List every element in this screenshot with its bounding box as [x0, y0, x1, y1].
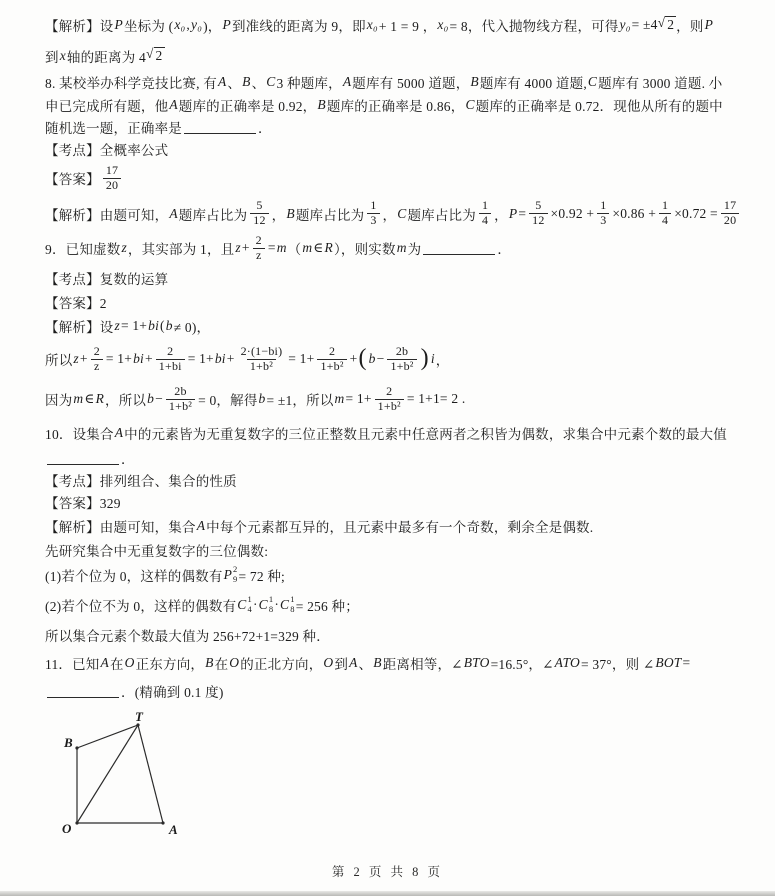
math-variable: C	[587, 74, 598, 90]
fraction: 512	[529, 199, 547, 228]
math-variable: B	[204, 655, 214, 671]
text-run: 题库有 4000 道题,	[480, 72, 587, 92]
q9-solution-line1: 【解析】设 z = 1+ bi(b ≠ 0)，	[45, 313, 751, 338]
text-run: = 1+	[121, 318, 147, 334]
fraction: 21+b²	[375, 385, 404, 414]
q9-answer: 【答案】2	[45, 290, 751, 313]
text-run: 中每个元素都互异的，且元素中最多有一个奇数，剩余全是偶数.	[206, 516, 593, 536]
math-variable: O	[228, 655, 240, 671]
math-variable: B	[241, 74, 251, 90]
text-run: = 37°，则 ∠	[581, 653, 654, 673]
text-run: 【考点】排列组合、集合的性质	[45, 470, 237, 490]
math-variable: x₀	[436, 17, 449, 33]
fraction: 2b1+b²	[387, 345, 416, 374]
text-run: ×0.86 +	[612, 206, 656, 222]
text-run: +	[80, 351, 88, 367]
text-run: 为	[408, 238, 422, 258]
math-variable: BTO	[463, 655, 491, 671]
math-variable: A	[348, 655, 358, 671]
text-run: = 1+	[346, 391, 372, 407]
q10-solution-line2: 先研究集合中无重复数字的三位偶数:	[45, 538, 751, 561]
text-run: ≠ 0)，	[174, 316, 211, 336]
text-run: 、	[359, 653, 373, 673]
q11-geometry-figure: T B O A	[57, 709, 267, 859]
q10-topic: 【考点】排列组合、集合的性质	[45, 469, 751, 490]
text-run: 随机选一题，正确率是	[45, 117, 182, 137]
text-run: 8. 某校举办科学竞技比赛, 有	[45, 72, 217, 92]
math-variable: R	[324, 240, 334, 256]
page-number-footer: 第 2 页 共 8 页	[0, 862, 775, 880]
math-variable: C	[464, 97, 475, 113]
math-variable: m	[276, 240, 288, 256]
q10-solution-line3: (1)若个位为 0，这样的偶数有 P29 = 72 种;	[45, 561, 751, 589]
math-variable: z	[234, 240, 241, 256]
math-variable: A	[168, 97, 178, 113]
text-run: 【答案】	[45, 168, 100, 188]
text-run: 题库占比为	[179, 204, 248, 224]
q9-statement: 9．已知虚数 z，其实部为 1，且 z+2z= m （m∈R），则实数 m 为．	[45, 231, 751, 265]
text-run: +	[242, 240, 250, 256]
text-run: +	[227, 351, 235, 367]
text-run: ，所以	[105, 389, 146, 409]
math-variable: x₀	[173, 17, 186, 33]
math-variable: C	[236, 597, 247, 613]
q11-statement-line1: 11．已知 A 在 O 正东方向，B 在 O 的正北方向，O 到 A、B 距离相…	[45, 649, 751, 677]
math-variable: bi	[132, 351, 145, 367]
text-run: ，	[436, 349, 450, 369]
text-run: + 1 = 9 ，	[379, 15, 437, 35]
text-run: 正东方向，	[136, 653, 205, 673]
text-run: 到准线的距离为 9，即	[232, 15, 366, 35]
q8-statement-line3: 随机选一题，正确率是．	[45, 116, 751, 137]
text-run: ∈	[84, 391, 94, 407]
text-run: 、	[227, 72, 241, 92]
math-variable: y₀	[619, 17, 632, 33]
answer-blank	[47, 451, 119, 465]
math-variable: A	[168, 206, 178, 222]
q8-answer: 【答案】1720	[45, 160, 751, 196]
text-run: 题库的正确率是 0.72．现他从所有的题中	[476, 95, 723, 115]
math-variable: z	[72, 351, 79, 367]
square-root: √2	[146, 47, 165, 65]
q10-statement-line1: 10．设集合 A 中的元素皆为无重复数字的三位正整数且元素中任意两者之积皆为偶数…	[45, 418, 751, 447]
q9-solution-line2: 所以 z+2z= 1+ bi+21+bi= 1+ bi+2·(1−bi)1+b²…	[45, 338, 751, 380]
figure-label-T: T	[135, 709, 143, 725]
text-run: ∈	[313, 240, 323, 256]
text-run: = 1+	[188, 351, 214, 367]
text-run: 到	[45, 46, 59, 66]
text-run: =	[518, 206, 526, 222]
text-run: 【解析】由题可知，集合	[45, 516, 196, 536]
text-run: 到	[334, 653, 348, 673]
math-variable: P	[508, 206, 518, 222]
text-run: 【考点】全概率公式	[45, 139, 168, 159]
text-run: = 72 种;	[238, 565, 285, 585]
figure-label-B: B	[64, 735, 73, 751]
text-run: 【答案】2	[45, 292, 107, 312]
math-variable: A	[342, 74, 352, 90]
q8-statement-line1: 8. 某校举办科学竞技比赛, 有 A、B、C 3 种题库，A 题库有 5000 …	[45, 69, 751, 94]
text-run: −	[155, 391, 163, 407]
figure-label-O: O	[62, 821, 71, 837]
text-run: 在	[215, 653, 229, 673]
q8-solution: 【解析】由题可知，A 题库占比为 512，B 题库占比为 13，C 题库占比为 …	[45, 196, 751, 231]
answer-blank	[184, 120, 256, 134]
math-variable: R	[95, 391, 105, 407]
text-run: 题库有 3000 道题. 小	[598, 72, 722, 92]
text-run: ，	[494, 204, 508, 224]
text-run: 申已完成所有题，他	[45, 95, 168, 115]
text-run: 9．已知虚数	[45, 238, 120, 258]
math-variable: B	[285, 206, 295, 222]
math-variable: BOT	[654, 655, 682, 671]
text-run: ×0.72 =	[674, 206, 718, 222]
q7-solution-tail-line1: 【解析】设 P 坐标为 (x₀, y₀)，P 到准线的距离为 9，即 x₀ + …	[45, 8, 751, 42]
sup-sub-script: 14	[248, 595, 252, 615]
q9-topic: 【考点】复数的运算	[45, 265, 751, 290]
q10-solution-line5: 所以集合元素个数最大值为 256+72+1=329 种．	[45, 621, 751, 649]
text-run: = ±4	[632, 17, 658, 33]
answer-blank	[423, 241, 495, 255]
math-variable: y₀	[190, 17, 203, 33]
fraction: 512	[250, 199, 268, 228]
text-run: 3 种题库，	[276, 72, 341, 92]
text-run: 、	[252, 72, 266, 92]
math-variable: P	[222, 17, 232, 33]
text-run: ．	[497, 238, 511, 258]
math-variable: bi	[147, 318, 160, 334]
math-variable: C	[279, 597, 290, 613]
text-run: 距离相等，∠	[383, 653, 463, 673]
text-run: ．(精确到 0.1 度)	[121, 681, 224, 701]
text-run: ，则	[676, 15, 703, 35]
q10-solution-line4: (2)若个位不为 0，这样的偶数有 C14·C18·C18 = 256 种；	[45, 589, 751, 621]
text-run: =16.5°，∠	[491, 653, 554, 673]
text-run: 题库有 5000 道题，	[352, 72, 469, 92]
fraction: 14	[479, 199, 491, 228]
text-run: 题库占比为	[296, 204, 365, 224]
text-run: 【考点】复数的运算	[45, 268, 168, 288]
text-run: = 1+1= 2 .	[407, 391, 466, 407]
math-variable: b	[368, 351, 377, 367]
text-run: (2)若个位不为 0，这样的偶数有	[45, 595, 236, 615]
text-run: =	[682, 655, 690, 671]
math-variable: b	[146, 391, 155, 407]
math-variable: x₀	[366, 17, 379, 33]
math-variable: m	[301, 240, 313, 256]
sup-sub-script: 18	[269, 595, 273, 615]
math-variable: z	[120, 240, 127, 256]
math-variable: x	[59, 48, 67, 64]
text-run: 【解析】由题可知，	[45, 204, 168, 224]
sup-sub-script: 18	[290, 595, 294, 615]
math-variable: B	[469, 74, 479, 90]
math-variable: C	[396, 206, 407, 222]
text-run: = 1+	[106, 351, 132, 367]
text-run: 因为	[45, 389, 72, 409]
q9-solution-line3: 因为 m∈R，所以 b−2b1+b²= 0，解得 b= ±1，所以 m = 1+…	[45, 380, 751, 418]
text-run: 题库的正确率是 0.92，	[179, 95, 317, 115]
text-run: ，	[272, 204, 286, 224]
text-run: ），则实数	[334, 238, 396, 258]
math-variable: b	[165, 318, 174, 334]
text-run: ×0.92 +	[551, 206, 595, 222]
q10-statement-line2: ．	[45, 447, 751, 469]
math-variable: bi	[214, 351, 227, 367]
fraction: 13	[597, 199, 609, 228]
math-variable: m	[334, 391, 346, 407]
fraction: 2·(1−bi)1+b²	[238, 345, 286, 374]
fraction: 1720	[103, 164, 121, 193]
text-run: 题库占比为	[407, 204, 476, 224]
answer-blank	[47, 684, 119, 698]
q7-solution-tail-line2: 到 x 轴的距离为 4√2	[45, 42, 751, 69]
math-variable: A	[217, 74, 227, 90]
text-run: = 0，解得	[198, 389, 257, 409]
text-run: 所以	[45, 349, 72, 369]
big-paren: )	[420, 348, 430, 370]
text-run: )，	[203, 15, 221, 35]
q11-statement-line2: ．(精确到 0.1 度)	[45, 677, 751, 705]
figure-label-A: A	[169, 822, 178, 838]
fraction: 21+bi	[156, 345, 185, 374]
q10-solution-line1: 【解析】由题可知，集合 A 中每个元素都互异的，且元素中最多有一个奇数，剩余全是…	[45, 514, 751, 538]
big-paren: (	[357, 348, 367, 370]
fraction: 14	[659, 199, 671, 228]
text-run: 【解析】设	[45, 316, 114, 336]
q8-statement-line2: 申已完成所有题，他 A 题库的正确率是 0.92，B 题库的正确率是 0.86，…	[45, 94, 751, 116]
text-run: −	[377, 351, 385, 367]
math-variable: ATO	[554, 655, 581, 671]
scanned-exam-page: 【解析】设 P 坐标为 (x₀, y₀)，P 到准线的距离为 9，即 x₀ + …	[0, 0, 775, 896]
triangle-diagram	[57, 709, 267, 859]
math-variable: A	[114, 425, 124, 441]
text-run: (1)若个位为 0，这样的偶数有	[45, 565, 223, 585]
text-run: 题库的正确率是 0.86，	[327, 95, 465, 115]
text-run: ．	[258, 117, 272, 137]
math-variable: O	[124, 655, 136, 671]
fraction: 13	[367, 199, 379, 228]
text-run: 【解析】设	[45, 15, 114, 35]
scan-edge-artifact	[0, 891, 775, 896]
math-variable: O	[322, 655, 334, 671]
text-run: = 1+	[288, 351, 314, 367]
math-variable: b	[258, 391, 267, 407]
text-run: +	[350, 351, 358, 367]
text-run: 【答案】329	[45, 492, 121, 512]
math-variable: C	[258, 597, 269, 613]
text-run: 先研究集合中无重复数字的三位偶数:	[45, 540, 268, 560]
text-run: = 8，代入抛物线方程，可得	[450, 15, 619, 35]
text-run: 坐标为 (	[124, 15, 173, 35]
fraction: 1720	[721, 199, 739, 228]
page-content: 【解析】设 P 坐标为 (x₀, y₀)，P 到准线的距离为 9，即 x₀ + …	[0, 0, 775, 859]
content-lines: 【解析】设 P 坐标为 (x₀, y₀)，P 到准线的距离为 9，即 x₀ + …	[45, 8, 751, 705]
text-run: 的正北方向，	[240, 653, 322, 673]
math-variable: P	[704, 17, 714, 33]
text-run: 中的元素皆为无重复数字的三位正整数且元素中任意两者之积皆为偶数，求集合中元素个数…	[124, 423, 727, 443]
sup-sub-script: 29	[233, 565, 237, 585]
text-run: +	[145, 351, 153, 367]
math-variable: A	[196, 518, 206, 534]
text-run: 轴的距离为 4	[67, 46, 146, 66]
q8-topic: 【考点】全概率公式	[45, 137, 751, 160]
fraction: 2b1+b²	[166, 385, 195, 414]
math-variable: B	[372, 655, 382, 671]
math-variable: B	[316, 97, 326, 113]
text-run: （	[288, 238, 302, 258]
text-run: 10．设集合	[45, 423, 114, 443]
text-run: = ±1，所以	[266, 389, 333, 409]
text-run: = 256 种；	[296, 595, 359, 615]
text-run: ，	[383, 204, 397, 224]
math-variable: A	[100, 655, 110, 671]
fraction: 2z	[253, 234, 265, 263]
text-run: 所以集合元素个数最大值为 256+72+1=329 种．	[45, 625, 330, 645]
fraction: 2z	[91, 345, 103, 374]
math-variable: P	[114, 17, 124, 33]
text-run: 11．已知	[45, 653, 100, 673]
square-root: √2	[658, 16, 677, 34]
math-variable: z	[114, 318, 121, 334]
q10-answer: 【答案】329	[45, 490, 751, 514]
fraction: 21+b²	[317, 345, 346, 374]
math-variable: m	[396, 240, 408, 256]
math-variable: P	[223, 567, 233, 583]
math-variable: C	[265, 74, 276, 90]
text-run: =	[268, 240, 276, 256]
text-run: ．	[121, 448, 135, 468]
math-variable: m	[72, 391, 84, 407]
text-run: 在	[110, 653, 124, 673]
text-run: ，其实部为 1，且	[128, 238, 234, 258]
